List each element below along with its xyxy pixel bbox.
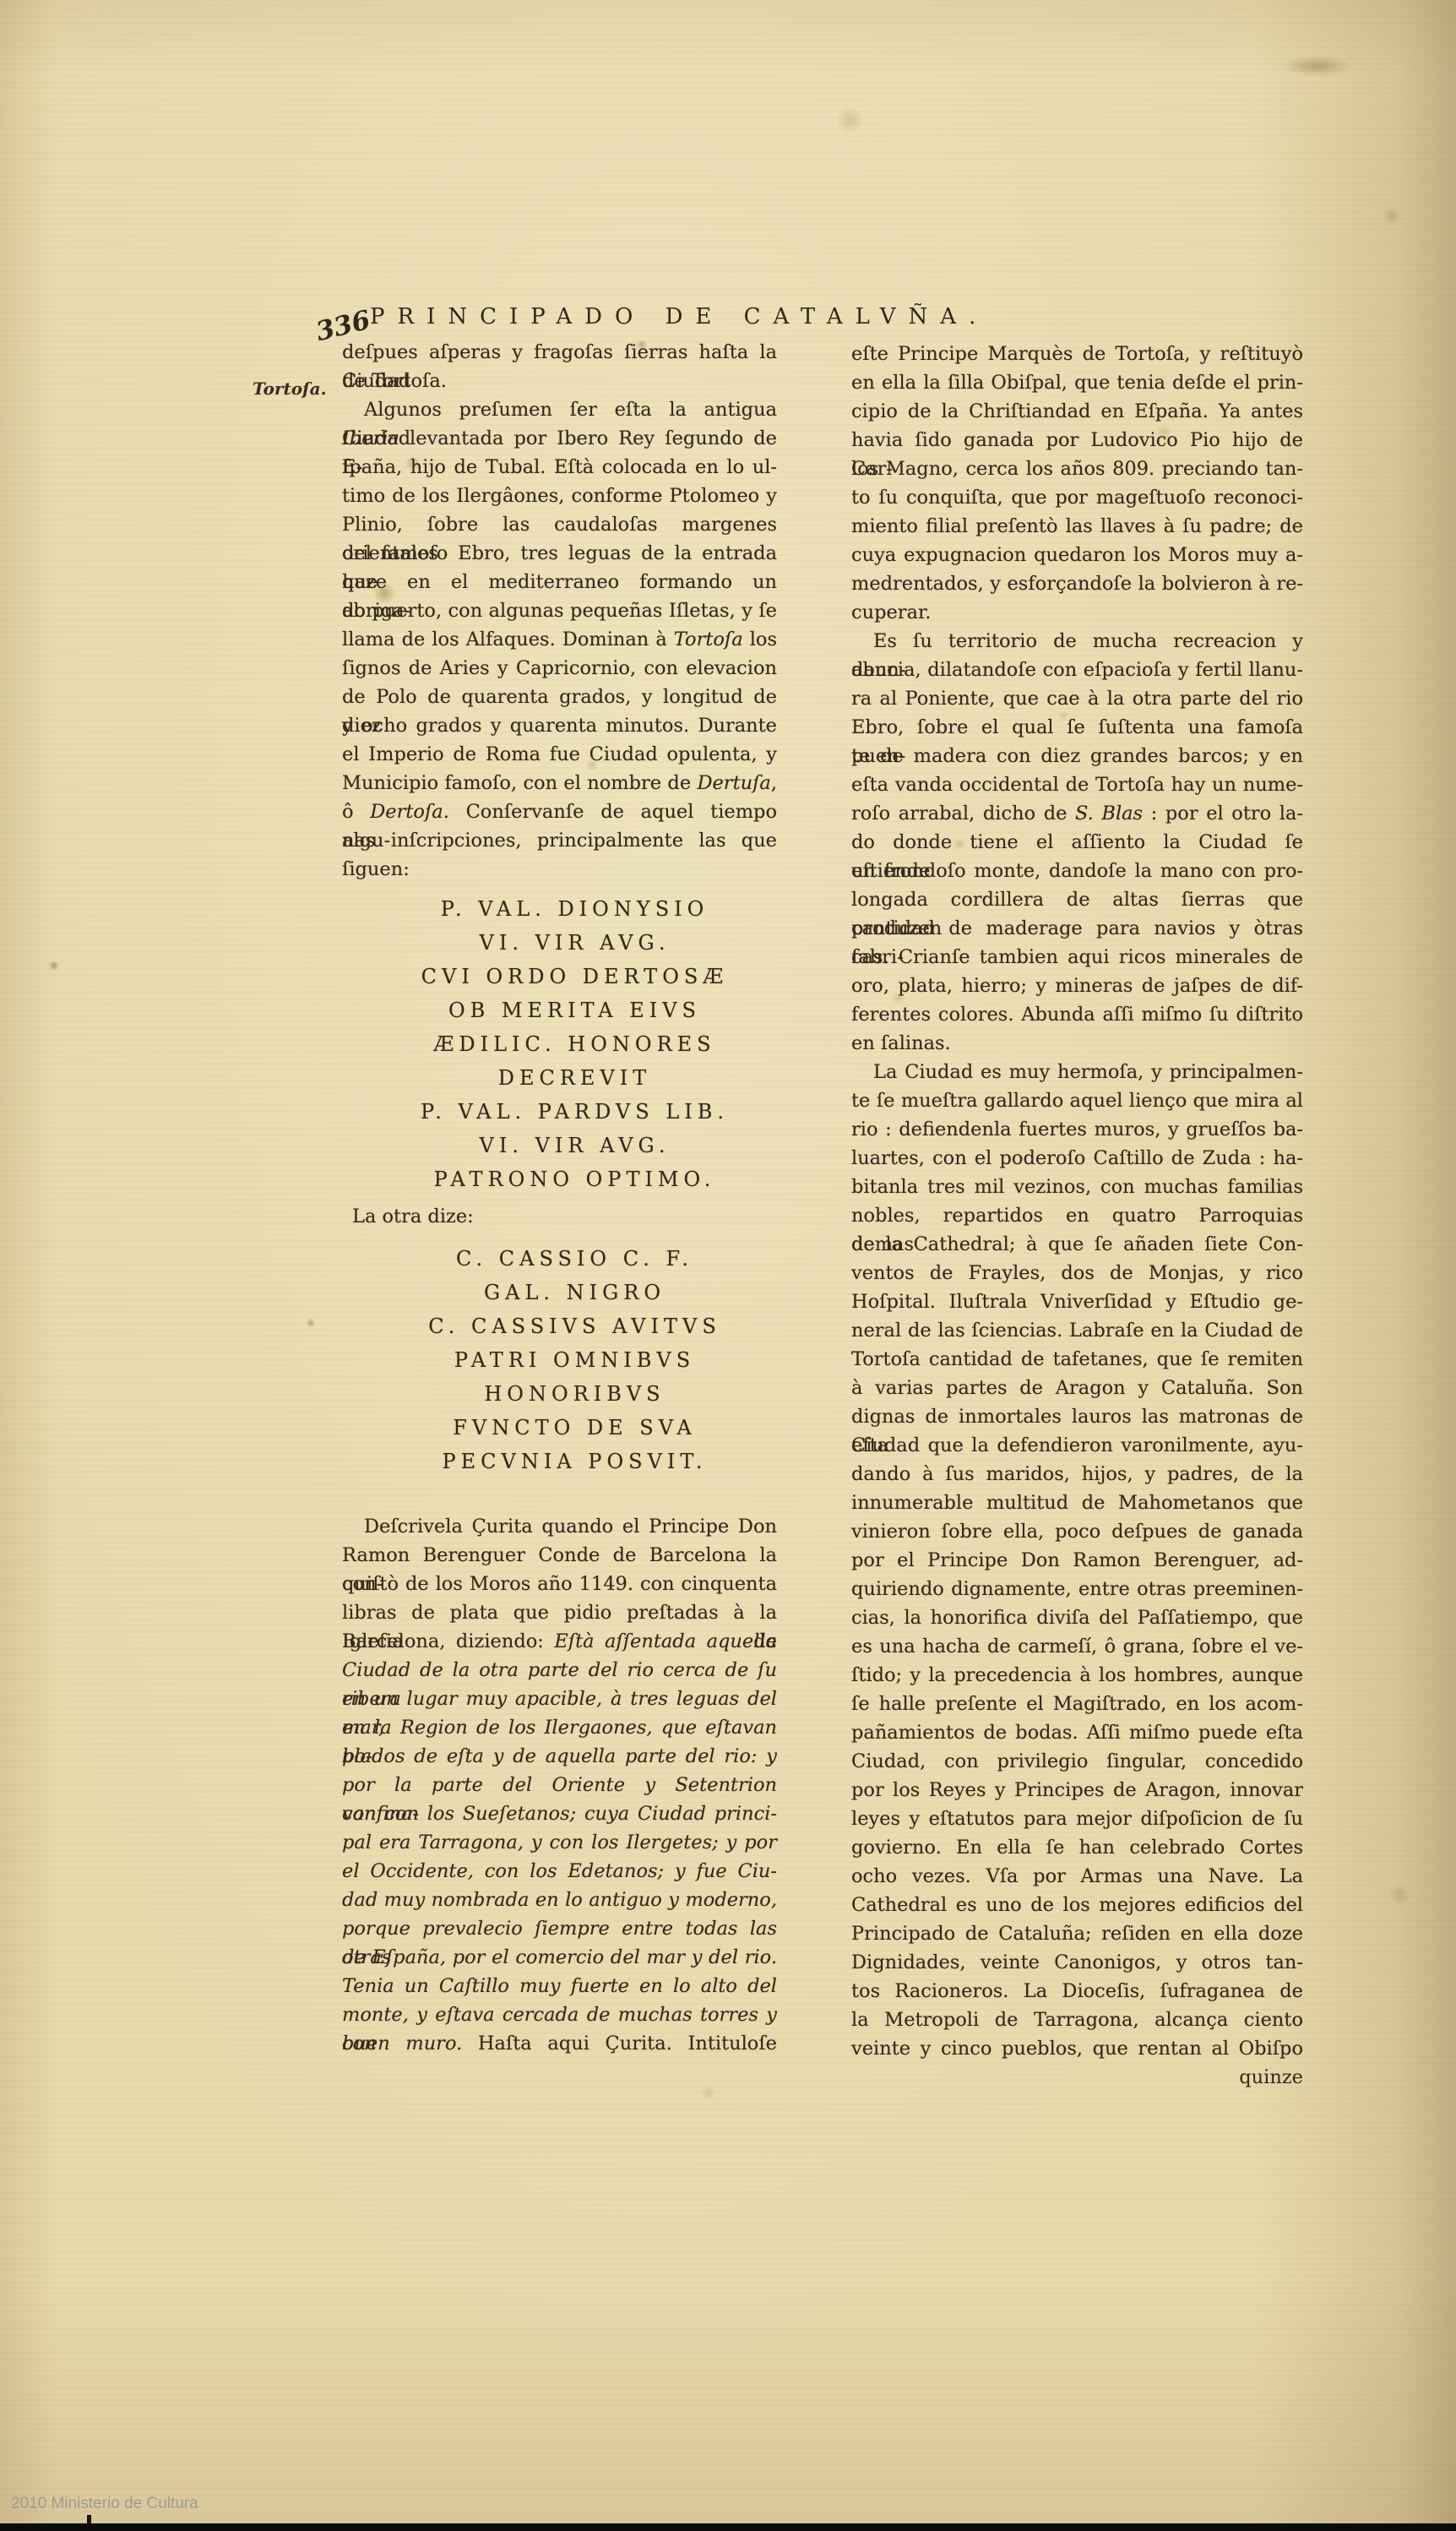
paragraph-intro: deſpues aſperas y fragoſas ſierras haſta…	[342, 338, 777, 395]
text-line: de Eſpaña, por el comercio del mar y del…	[342, 1943, 777, 1972]
text-line: ventos de Frayles, dos de Monjas, y rico	[851, 1259, 1303, 1287]
text-line: el Imperio de Roma fue Ciudad opulenta, …	[342, 740, 777, 769]
text-line: cias, la honorifica diviſa del Paſſatiem…	[851, 1603, 1303, 1632]
text-line: Deſcrivela Çurita quando el Principe Don	[342, 1512, 777, 1541]
text-line: monte, y eſtava cercada de muchas torres…	[342, 2000, 777, 2029]
text-line: quiriendo dignamente, entre otras preemi…	[851, 1575, 1303, 1603]
text-line: La Ciudad es muy hermoſa, y principalmen…	[851, 1058, 1303, 1086]
text-line: Algunos preſumen ſer eſta la antigua Ciu…	[342, 395, 777, 424]
text-line: ſignos de Aries y Capricornio, con eleva…	[342, 654, 777, 683]
text-line: HONORIBVS	[372, 1377, 777, 1411]
text-line: por la parte del Oriente y Setentrion co…	[342, 1771, 777, 1799]
roman-inscription-2: C. CASSIO C. F.GAL. NIGROC. CASSIVS AVIT…	[342, 1242, 777, 1478]
text-line: van con los Sueſetanos; cuya Ciudad prin…	[342, 1799, 777, 1828]
text-line: PECVNIA POSVIT.	[372, 1445, 777, 1478]
catchword: quinze	[851, 2063, 1303, 2092]
text-line: y ocho grados y quarenta minutos. Durant…	[342, 711, 777, 740]
text-line: innumerable multitud de Mahometanos que	[851, 1489, 1303, 1517]
text-line: ſtido; y la precedencia à los hombres, a…	[851, 1661, 1303, 1690]
paragraph-descrivela-curita: Deſcrivela Çurita quando el Principe Don…	[342, 1512, 777, 2058]
text-line: ſiguen:	[342, 855, 777, 884]
text-line: PATRONO OPTIMO.	[372, 1162, 777, 1196]
text-line: GAL. NIGRO	[372, 1276, 777, 1309]
text-line: pañamientos de bodas. Aſſi miſmo puede e…	[851, 1718, 1303, 1747]
text-line: oro, plata, hierro; y mineras de jaſpes …	[851, 972, 1303, 1000]
text-line: PATRI OMNIBVS	[372, 1343, 777, 1377]
text-line: OB MERITA EIVS	[372, 993, 777, 1027]
digitization-stamp: 2010 Ministerio de Cultura	[11, 2495, 198, 2513]
text-line: timo de los Ilergâones, conforme Ptolome…	[342, 482, 777, 510]
text-line: Cathedral es uno de los mejores edificio…	[851, 1891, 1303, 1919]
text-line: veinte y cinco pueblos, que rentan al Ob…	[851, 2034, 1303, 2063]
running-head-title: PRINCIPADO DE CATALVÑA.	[370, 304, 988, 329]
text-line: Hoſpital. Iluſtrala Vniverſidad y Eſtudi…	[851, 1287, 1303, 1316]
text-line: ſpaña, hijo de Tubal. Eſtà colocada en l…	[342, 453, 777, 482]
text-line: en un lugar muy apacible, à tres leguas …	[342, 1685, 777, 1713]
text-line: DECREVIT	[372, 1061, 777, 1095]
text-line: nas inſcripciones, principalmente las qu…	[342, 826, 777, 855]
text-line: Tortoſa cantidad de tafetanes, que ſe re…	[851, 1345, 1303, 1374]
text-line: luartes, con el poderoſo Caſtillo de Zud…	[851, 1144, 1303, 1173]
text-line: en la Region de los Ilergaones, que eſta…	[342, 1713, 777, 1742]
text-line: ferentes colores. Abunda aſſi miſmo ſu d…	[851, 1000, 1303, 1029]
text-line: ra al Poniente, que cae à la otra parte …	[851, 684, 1303, 713]
text-line: buen muro. Haſta aqui Çurita. Intituloſe	[342, 2029, 777, 2058]
text-line: eſte Principe Marquès de Tortoſa, y reſt…	[851, 340, 1303, 368]
text-line: medrentados, y esforçandoſe la bolvieron…	[851, 569, 1303, 598]
text-line: C. CASSIO C. F.	[372, 1242, 777, 1276]
text-line: Ciudad de la otra parte del rio cerca de…	[342, 1656, 777, 1685]
text-line: Ramon Berenguer Conde de Barcelona la co…	[342, 1541, 777, 1570]
text-line: en ella la ſilla Obiſpal, que tenia deſd…	[851, 368, 1303, 397]
text-line: Principado de Cataluña; reſiden en ella …	[851, 1919, 1303, 1948]
text-line: el Occidente, con los Edetanos; y fue Ci…	[342, 1857, 777, 1886]
column-left: deſpues aſperas y fragoſas ſierras haſta…	[342, 338, 777, 2058]
text-line: P. VAL. DIONYSIO	[372, 892, 777, 926]
text-line: eſta vanda occidental de Tortoſa hay un …	[851, 770, 1303, 799]
text-line: llama de los Alfaques. Dominan à Tortoſa…	[342, 625, 777, 654]
text-line: de Polo de quarenta grados, y longitud d…	[342, 683, 777, 711]
text-line: à varias partes de Aragon y Cataluña. So…	[851, 1374, 1303, 1402]
text-line: del famoſo Ebro, tres leguas de la entra…	[342, 539, 777, 568]
text-line: nobles, repartidos en quatro Parroquias …	[851, 1201, 1303, 1230]
text-line: to ſu conquiſta, que por mageſtuoſo reco…	[851, 483, 1303, 512]
text-line: es una hacha de carmeſí, ô grana, ſobre …	[851, 1632, 1303, 1661]
text-line: cantidad de maderage para navios y òtras…	[851, 914, 1303, 943]
text-line: blados de eſta y de aquella parte del ri…	[342, 1742, 777, 1771]
paragraph-marques-tortosa: eſte Principe Marquès de Tortoſa, y reſt…	[851, 340, 1303, 627]
text-line: neral de las ſciencias. Labraſe en la Ci…	[851, 1316, 1303, 1345]
column-right: eſte Principe Marquès de Tortoſa, y reſt…	[851, 340, 1303, 2092]
text-line: P. VAL. PARDVS LIB.	[372, 1095, 777, 1129]
text-line: libras de plata que pidio preſtadas à la…	[342, 1598, 777, 1627]
text-line: rio : defiendenla fuertes muros, y grueſ…	[851, 1115, 1303, 1144]
text-line: miento filial preſentò las llaves à ſu p…	[851, 512, 1303, 541]
inscription-intro: La otra dize:	[342, 1202, 777, 1231]
text-line: do puerto, con algunas pequeñas Iſletas,…	[342, 596, 777, 625]
text-line: C. CASSIVS AVITVS	[372, 1309, 777, 1343]
text-line: Plinio, ſobre las caudaloſas margenes or…	[342, 510, 777, 539]
text-line: CVI ORDO DERTOSÆ	[372, 960, 777, 993]
text-line: cuya expugnacion quedaron los Moros muy …	[851, 541, 1303, 569]
text-line: longada cordillera de altas ſierras que …	[851, 885, 1303, 914]
text-line: FVNCTO DE SVA	[372, 1411, 777, 1445]
text-line: tos Racioneros. La Dioceſis, ſufraganea …	[851, 1977, 1303, 2006]
text-line: te de madera con diez grandes barcos; y …	[851, 742, 1303, 770]
text-line: cuperar.	[851, 598, 1303, 627]
text-line: cas. Crianſe tambien aqui ricos minerale…	[851, 943, 1303, 972]
text-line: cipio de la Chriſtiandad en Eſpaña. Ya a…	[851, 397, 1303, 426]
text-line: por los Reyes y Principes de Aragon, inn…	[851, 1776, 1303, 1804]
roman-inscription-1: P. VAL. DIONYSIOVI. VIR AVG.CVI ORDO DER…	[342, 892, 777, 1196]
text-line: havia ſido ganada por Ludovico Pio hijo …	[851, 426, 1303, 454]
text-line: Ebro, ſobre el qual ſe ſuſtenta una famo…	[851, 713, 1303, 742]
text-line: bitanla tres mil vezinos, con muchas fam…	[851, 1173, 1303, 1201]
text-line: ocho vezes. Vſa por Armas una Nave. La	[851, 1862, 1303, 1891]
text-line: de la Cathedral; à que ſe añaden ſiete C…	[851, 1230, 1303, 1259]
paragraph-la-ciudad: La Ciudad es muy hermoſa, y principalmen…	[851, 1058, 1303, 2063]
text-line: porque prevalecio ſiempre entre todas la…	[342, 1914, 777, 1943]
text-line: en ſalinas.	[851, 1029, 1303, 1058]
text-line: Iberia levantada por Ibero Rey ſegundo d…	[342, 424, 777, 453]
text-line: VI. VIR AVG.	[372, 1129, 777, 1162]
text-line: vinieron ſobre ella, poco deſpues de gan…	[851, 1517, 1303, 1546]
text-line: dignas de inmortales lauros las matronas…	[851, 1402, 1303, 1431]
paragraph-antigua-ciudad: Algunos preſumen ſer eſta la antigua Ciu…	[342, 395, 777, 884]
text-line: deſpues aſperas y fragoſas ſierras haſta…	[342, 338, 777, 367]
text-line: VI. VIR AVG.	[372, 926, 777, 960]
text-line: ſe halle preſente el Magiſtrado, en los …	[851, 1690, 1303, 1718]
text-line: un frondoſo monte, dandoſe la mano con p…	[851, 857, 1303, 885]
text-line: la Metropoli de Tarragona, alcança cient…	[851, 2006, 1303, 2034]
text-line: dancia, dilatandoſe con eſpacioſa y fert…	[851, 656, 1303, 684]
text-line: Barcelona, diziendo: Eſtà aſſentada aque…	[342, 1627, 777, 1656]
text-line: quiſtò de los Moros año 1149. con cinque…	[342, 1570, 777, 1598]
text-line: Ciudad que la defendieron varonilmente, …	[851, 1431, 1303, 1460]
margin-note-tortosa: Tortoſa.	[253, 378, 327, 399]
text-line: do donde tiene el aſſiento la Ciudad ſe …	[851, 828, 1303, 857]
text-line: roſo arrabal, dicho de S. Blas : por el …	[851, 799, 1303, 828]
text-line: haze en el mediterraneo formando un abri…	[342, 568, 777, 596]
text-line: govierno. En ella ſe han celebrado Corte…	[851, 1833, 1303, 1862]
text-line: dando à ſus maridos, hijos, y padres, de…	[851, 1460, 1303, 1489]
text-line: los Magno, cerca los años 809. preciando…	[851, 454, 1303, 483]
text-line: ô Dertoſa. Conſervanſe de aquel tiempo a…	[342, 797, 777, 826]
text-line: ÆDILIC. HONORES	[372, 1027, 777, 1061]
text-line: leyes y eſtatutos para mejor diſpoſicion…	[851, 1804, 1303, 1833]
text-line: pal era Tarragona, y con los Ilergetes; …	[342, 1828, 777, 1857]
text-line: dad muy nombrada en lo antiguo y moderno…	[342, 1886, 777, 1914]
text-line: de Tortoſa.	[342, 367, 777, 395]
text-line: Dignidades, veinte Canonigos, y otros ta…	[851, 1948, 1303, 1977]
text-line: Ciudad, con privilegio ſingular, concedi…	[851, 1747, 1303, 1776]
text-line: Es ſu territorio de mucha recreacion y a…	[851, 627, 1303, 656]
text-line: Tenia un Caſtillo muy fuerte en lo alto …	[342, 1972, 777, 2000]
scan-bottom-bar	[0, 2523, 1456, 2531]
text-line: por el Principe Don Ramon Berenguer, ad-	[851, 1546, 1303, 1575]
text-line: Municipio famoſo, con el nombre de Dertu…	[342, 769, 777, 797]
paragraph-territorio: Es ſu territorio de mucha recreacion y a…	[851, 627, 1303, 1058]
text-line: te ſe mueſtra gallardo aquel lienço que …	[851, 1086, 1303, 1115]
